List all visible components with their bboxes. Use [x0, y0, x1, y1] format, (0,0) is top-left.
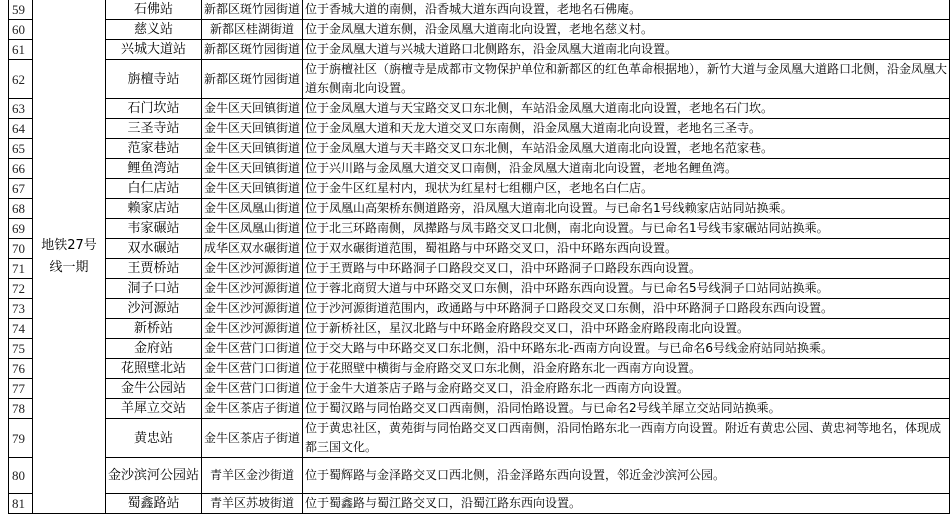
station-description: 位于蜀汉路与同怡路交叉口西南侧，沿同怡路设置。与已命名2号线羊犀立交站同站换乘。 [303, 399, 950, 419]
row-number: 61 [9, 40, 33, 60]
row-number: 74 [9, 319, 33, 339]
row-number: 59 [9, 0, 33, 20]
station-name: 蜀鑫路站 [106, 494, 202, 514]
district-name: 成华区双水碾街道 [202, 239, 303, 259]
station-description: 位于蓉北商贸大道与中环路交叉口东侧，沿中环路东西向设置。与已命名5号线洞子口站同… [303, 279, 950, 299]
line-name: 地铁27号线一期 [41, 238, 97, 275]
station-name: 花照壁北站 [106, 359, 202, 379]
district-name: 金牛区天回镇街道 [202, 119, 303, 139]
table-row: 66 鲤鱼湾站 金牛区天回镇街道 位于兴川路与金凤凰大道交叉口南侧，沿金凤凰大道… [9, 159, 950, 179]
district-name: 金牛区沙河源街道 [202, 319, 303, 339]
table-row: 75 金府站 金牛区营门口街道 位于交大路与中环路交叉口东北侧，沿中环路东北-西… [9, 339, 950, 359]
station-description: 位于金凤凰大道与天宝路交叉口东北侧，车站沿金凤凰大道南北向设置，老地名石门坎。 [303, 99, 950, 119]
table-row: 65 范家巷站 金牛区天回镇街道 位于金凤凰大道与天丰路交叉口东北侧，车站沿金凤… [9, 139, 950, 159]
table-row: 69 韦家碾站 金牛区凤凰山街道 位于北三环路南侧，凤撵路与凤韦路交叉口北侧，南… [9, 219, 950, 239]
table-row: 68 赖家店站 金牛区凤凰山街道 位于凤凰山高架桥东侧道路旁，沿凤凰大道南北向设… [9, 199, 950, 219]
table-row: 77 金牛公园站 金牛区营门口街道 位于金牛大道茶店子路与金府路交叉口，沿金府路… [9, 379, 950, 399]
table-row: 62 旃檀寺站 新都区斑竹园街道 位于旃檀社区（旃檀寺是成都市文物保护单位和新都… [9, 60, 950, 99]
table-row: 81 蜀鑫路站 青羊区苏坡街道 位于蜀鑫路与蜀江路交叉口，沿蜀江路东西向设置。 [9, 494, 950, 514]
row-number: 68 [9, 199, 33, 219]
table-row: 80 金沙滨河公园站 青羊区金沙街道 位于蜀辉路与金泽路交叉口西北侧，沿金泽路东… [9, 458, 950, 494]
station-description: 位于蜀辉路与金泽路交叉口西北侧，沿金泽路东西向设置，邻近金沙滨河公园。 [303, 458, 950, 494]
row-number: 71 [9, 259, 33, 279]
station-name: 石佛站 [106, 0, 202, 20]
station-description: 位于金凤凰大道与天丰路交叉口东北侧，车站沿金凤凰大道南北向设置，老地名范家巷。 [303, 139, 950, 159]
table-row: 63 石门坎站 金牛区天回镇街道 位于金凤凰大道与天宝路交叉口东北侧，车站沿金凤… [9, 99, 950, 119]
district-name: 金牛区茶店子街道 [202, 399, 303, 419]
station-name: 双水碾站 [106, 239, 202, 259]
district-name: 金牛区天回镇街道 [202, 179, 303, 199]
district-name: 新都区斑竹园街道 [202, 0, 303, 20]
district-name: 金牛区沙河源街道 [202, 259, 303, 279]
table-row: 72 洞子口站 金牛区沙河源街道 位于蓉北商贸大道与中环路交叉口东侧，沿中环路东… [9, 279, 950, 299]
row-number: 73 [9, 299, 33, 319]
station-name: 金牛公园站 [106, 379, 202, 399]
station-naming-table: 59 地铁27号线一期 石佛站 新都区斑竹园街道 位于香城大道的南侧，沿香城大道… [8, 0, 950, 514]
row-number: 70 [9, 239, 33, 259]
station-name: 兴城大道站 [106, 40, 202, 60]
district-name: 新都区斑竹园街道 [202, 60, 303, 99]
station-name: 旃檀寺站 [106, 60, 202, 99]
row-number: 62 [9, 60, 33, 99]
row-number: 69 [9, 219, 33, 239]
station-description: 位于黄忠社区，黄苑街与同怡路交叉口西南侧，沿同怡路东北一西南方向设置。附近有黄忠… [303, 419, 950, 458]
station-description: 位于交大路与中环路交叉口东北侧，沿中环路东北-西南方向设置。与已命名6号线金府站… [303, 339, 950, 359]
row-number: 75 [9, 339, 33, 359]
table-row: 64 三圣寺站 金牛区天回镇街道 位于金凤凰大道和天龙大道交叉口东南侧，沿金凤凰… [9, 119, 950, 139]
station-name: 新桥站 [106, 319, 202, 339]
table-row: 73 沙河源站 金牛区沙河源街道 位于沙河源街道范围内，政通路与中环路洞子口路段… [9, 299, 950, 319]
table-row: 71 王贾桥站 金牛区沙河源街道 位于王贾路与中环路洞子口路段交叉口，沿中环路洞… [9, 259, 950, 279]
district-name: 金牛区沙河源街道 [202, 279, 303, 299]
station-description: 位于王贾路与中环路洞子口路段交叉口，沿中环路洞子口路段东西向设置。 [303, 259, 950, 279]
station-name: 金沙滨河公园站 [106, 458, 202, 494]
row-number: 76 [9, 359, 33, 379]
station-name: 金府站 [106, 339, 202, 359]
station-description: 位于凤凰山高架桥东侧道路旁，沿凤凰大道南北向设置。与已命名1号线赖家店站同站换乘… [303, 199, 950, 219]
district-name: 金牛区沙河源街道 [202, 299, 303, 319]
station-name: 慈义站 [106, 20, 202, 40]
station-name: 黄忠站 [106, 419, 202, 458]
station-name: 羊犀立交站 [106, 399, 202, 419]
station-name: 范家巷站 [106, 139, 202, 159]
station-name: 石门坎站 [106, 99, 202, 119]
table-row: 61 兴城大道站 新都区斑竹园街道 位于金凤凰大道与兴城大道路口北侧路东，沿金凤… [9, 40, 950, 60]
district-name: 金牛区营门口街道 [202, 379, 303, 399]
table-row: 60 慈义站 新都区桂湖街道 位于金凤凰大道东侧，沿金凤凰大道南北向设置，老地名… [9, 20, 950, 40]
station-name: 赖家店站 [106, 199, 202, 219]
row-number: 60 [9, 20, 33, 40]
row-number: 72 [9, 279, 33, 299]
station-name: 王贾桥站 [106, 259, 202, 279]
table-row: 74 新桥站 金牛区沙河源街道 位于新桥社区，星汉北路与中环路金府路段交叉口，沿… [9, 319, 950, 339]
district-name: 金牛区营门口街道 [202, 339, 303, 359]
district-name: 新都区桂湖街道 [202, 20, 303, 40]
station-description: 位于蜀鑫路与蜀江路交叉口，沿蜀江路东西向设置。 [303, 494, 950, 514]
district-name: 金牛区凤凰山街道 [202, 199, 303, 219]
table-row: 78 羊犀立交站 金牛区茶店子街道 位于蜀汉路与同怡路交叉口西南侧，沿同怡路设置… [9, 399, 950, 419]
district-name: 金牛区营门口街道 [202, 359, 303, 379]
row-number: 63 [9, 99, 33, 119]
station-description: 位于新桥社区，星汉北路与中环路金府路段交叉口，沿中环路金府路段南北向设置。 [303, 319, 950, 339]
station-description: 位于金牛大道茶店子路与金府路交叉口，沿金府路东北一西南方向设置。 [303, 379, 950, 399]
district-name: 金牛区茶店子街道 [202, 419, 303, 458]
district-name: 青羊区金沙街道 [202, 458, 303, 494]
station-name: 白仁店站 [106, 179, 202, 199]
table-row: 79 黄忠站 金牛区茶店子街道 位于黄忠社区，黄苑街与同怡路交叉口西南侧，沿同怡… [9, 419, 950, 458]
station-description: 位于双水碾街道范围，蜀祖路与中环路交叉口，沿中环路东西向设置。 [303, 239, 950, 259]
station-description: 位于香城大道的南侧，沿香城大道东西向设置，老地名石佛庵。 [303, 0, 950, 20]
station-description: 位于金牛区红星村内，现状为红星村七组棚户区，老地名白仁店。 [303, 179, 950, 199]
table-row: 59 地铁27号线一期 石佛站 新都区斑竹园街道 位于香城大道的南侧，沿香城大道… [9, 0, 950, 20]
station-name: 韦家碾站 [106, 219, 202, 239]
row-number: 77 [9, 379, 33, 399]
district-name: 金牛区凤凰山街道 [202, 219, 303, 239]
row-number: 80 [9, 458, 33, 494]
line-name-cell: 地铁27号线一期 [33, 0, 106, 514]
row-number: 79 [9, 419, 33, 458]
station-name: 三圣寺站 [106, 119, 202, 139]
row-number: 81 [9, 494, 33, 514]
row-number: 66 [9, 159, 33, 179]
station-description: 位于沙河源街道范围内，政通路与中环路洞子口路段交叉口东侧，沿中环路洞子口路段东西… [303, 299, 950, 319]
row-number: 67 [9, 179, 33, 199]
row-number: 64 [9, 119, 33, 139]
table-row: 70 双水碾站 成华区双水碾街道 位于双水碾街道范围，蜀祖路与中环路交叉口，沿中… [9, 239, 950, 259]
district-name: 青羊区苏坡街道 [202, 494, 303, 514]
table-row: 67 白仁店站 金牛区天回镇街道 位于金牛区红星村内，现状为红星村七组棚户区，老… [9, 179, 950, 199]
district-name: 金牛区天回镇街道 [202, 139, 303, 159]
station-description: 位于旃檀社区（旃檀寺是成都市文物保护单位和新都区的红色革命根据地），新竹大道与金… [303, 60, 950, 99]
station-description: 位于金凤凰大道与兴城大道路口北侧路东，沿金凤凰大道南北向设置。 [303, 40, 950, 60]
station-description: 位于金凤凰大道和天龙大道交叉口东南侧，沿金凤凰大道南北向设置，老地名三圣寺。 [303, 119, 950, 139]
station-name: 鲤鱼湾站 [106, 159, 202, 179]
district-name: 新都区斑竹园街道 [202, 40, 303, 60]
station-description: 位于兴川路与金凤凰大道交叉口南侧，沿金凤凰大道南北向设置，老地名鲤鱼湾。 [303, 159, 950, 179]
station-description: 位于金凤凰大道东侧，沿金凤凰大道南北向设置，老地名慈义村。 [303, 20, 950, 40]
table-row: 76 花照壁北站 金牛区营门口街道 位于花照壁中横街与金府路交叉口东北侧，沿金府… [9, 359, 950, 379]
station-name: 沙河源站 [106, 299, 202, 319]
row-number: 65 [9, 139, 33, 159]
station-description: 位于花照壁中横街与金府路交叉口东北侧，沿金府路东北一西南方向设置。 [303, 359, 950, 379]
station-name: 洞子口站 [106, 279, 202, 299]
row-number: 78 [9, 399, 33, 419]
station-description: 位于北三环路南侧，凤撵路与凤韦路交叉口北侧，南北向设置。与已命名1号线韦家碾站同… [303, 219, 950, 239]
district-name: 金牛区天回镇街道 [202, 99, 303, 119]
district-name: 金牛区天回镇街道 [202, 159, 303, 179]
